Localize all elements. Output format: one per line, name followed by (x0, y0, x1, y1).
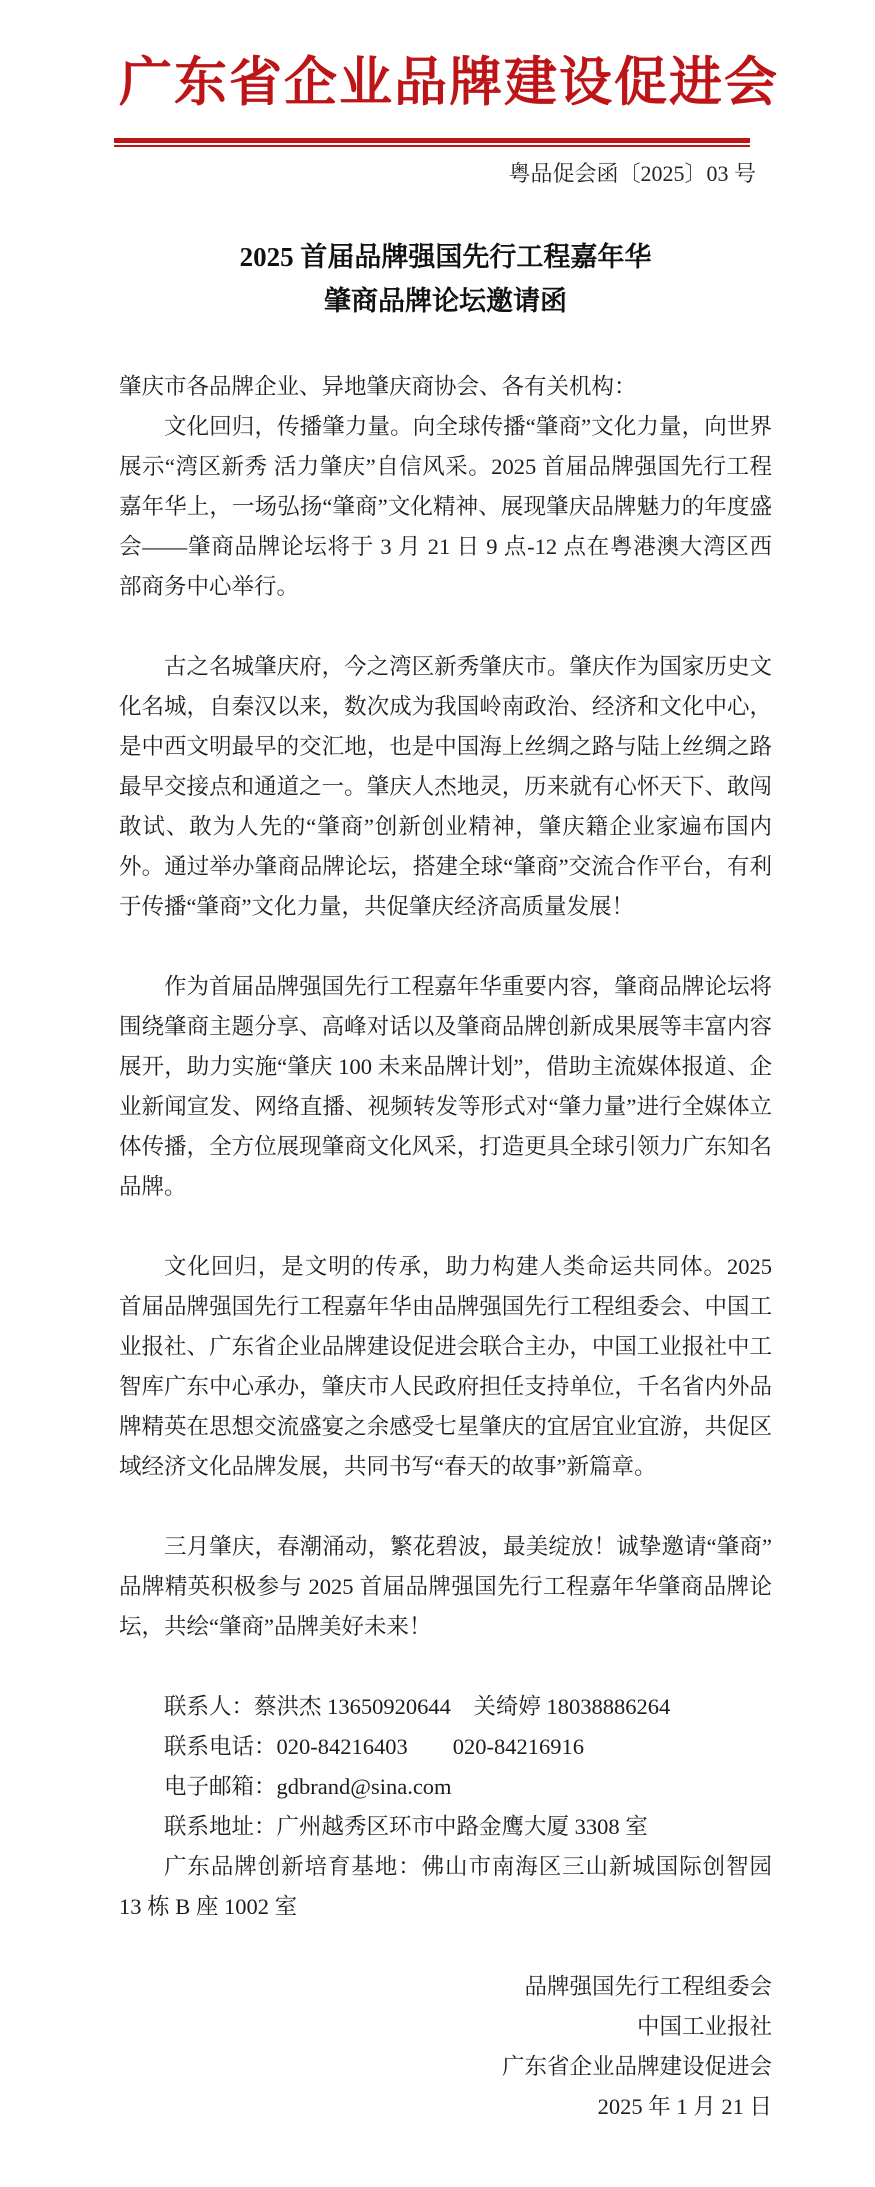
document-title-line-1: 2025 首届品牌强国先行工程嘉年华 (119, 235, 772, 279)
salutation-line: 肇庆市各品牌企业、异地肇庆商协会、各有关机构： (119, 367, 772, 407)
document-title: 2025 首届品牌强国先行工程嘉年华 肇商品牌论坛邀请函 (119, 235, 772, 323)
body-paragraph-1: 文化回归，传播肇力量。向全球传播“肇商”文化力量，向世界展示“湾区新秀 活力肇庆… (119, 407, 772, 607)
signature-block: 品牌强国先行工程组委会 中国工业报社 广东省企业品牌建设促进会 2025 年 1… (119, 1967, 772, 2127)
letterhead-org-name: 广东省企业品牌建设促进会 (119, 52, 772, 114)
signature-org-2: 中国工业报社 (119, 2007, 772, 2047)
body-paragraph-5: 三月肇庆，春潮涌动，繁花碧波，最美绽放！诚挚邀请“肇商”品牌精英积极参与 202… (119, 1527, 772, 1647)
contact-info-block: 联系人：蔡洪杰 13650920644 关绮婷 18038886264 联系电话… (119, 1687, 772, 1927)
document-number: 粤品促会函〔2025〕03 号 (119, 159, 772, 189)
signature-date: 2025 年 1 月 21 日 (119, 2087, 772, 2127)
body-paragraph-3: 作为首届品牌强国先行工程嘉年华重要内容，肇商品牌论坛将围绕肇商主题分享、高峰对话… (119, 967, 772, 1207)
body-paragraph-4: 文化回归，是文明的传承，助力构建人类命运共同体。2025 首届品牌强国先行工程嘉… (119, 1247, 772, 1487)
signature-org-1: 品牌强国先行工程组委会 (119, 1967, 772, 2007)
official-letter-page: 广东省企业品牌建设促进会 粤品促会函〔2025〕03 号 2025 首届品牌强国… (0, 0, 875, 2187)
document-title-line-2: 肇商品牌论坛邀请函 (119, 279, 772, 323)
signature-org-3: 广东省企业品牌建设促进会 (119, 2047, 772, 2087)
contact-address-line: 联系地址：广州越秀区环市中路金鹰大厦 3308 室 (119, 1807, 772, 1847)
body-paragraph-2: 古之名城肇庆府，今之湾区新秀肇庆市。肇庆作为国家历史文化名城，自秦汉以来，数次成… (119, 647, 772, 927)
contact-persons-line: 联系人：蔡洪杰 13650920644 关绮婷 18038886264 (119, 1687, 772, 1727)
contact-email-line: 电子邮箱：gdbrand@sina.com (119, 1767, 772, 1807)
contact-incubation-base-line: 广东品牌创新培育基地：佛山市南海区三山新城国际创智园 13 栋 B 座 1002… (119, 1847, 772, 1927)
contact-phone-line: 联系电话：020-84216403 020-84216916 (119, 1727, 772, 1767)
letterhead-red-divider (114, 138, 750, 147)
